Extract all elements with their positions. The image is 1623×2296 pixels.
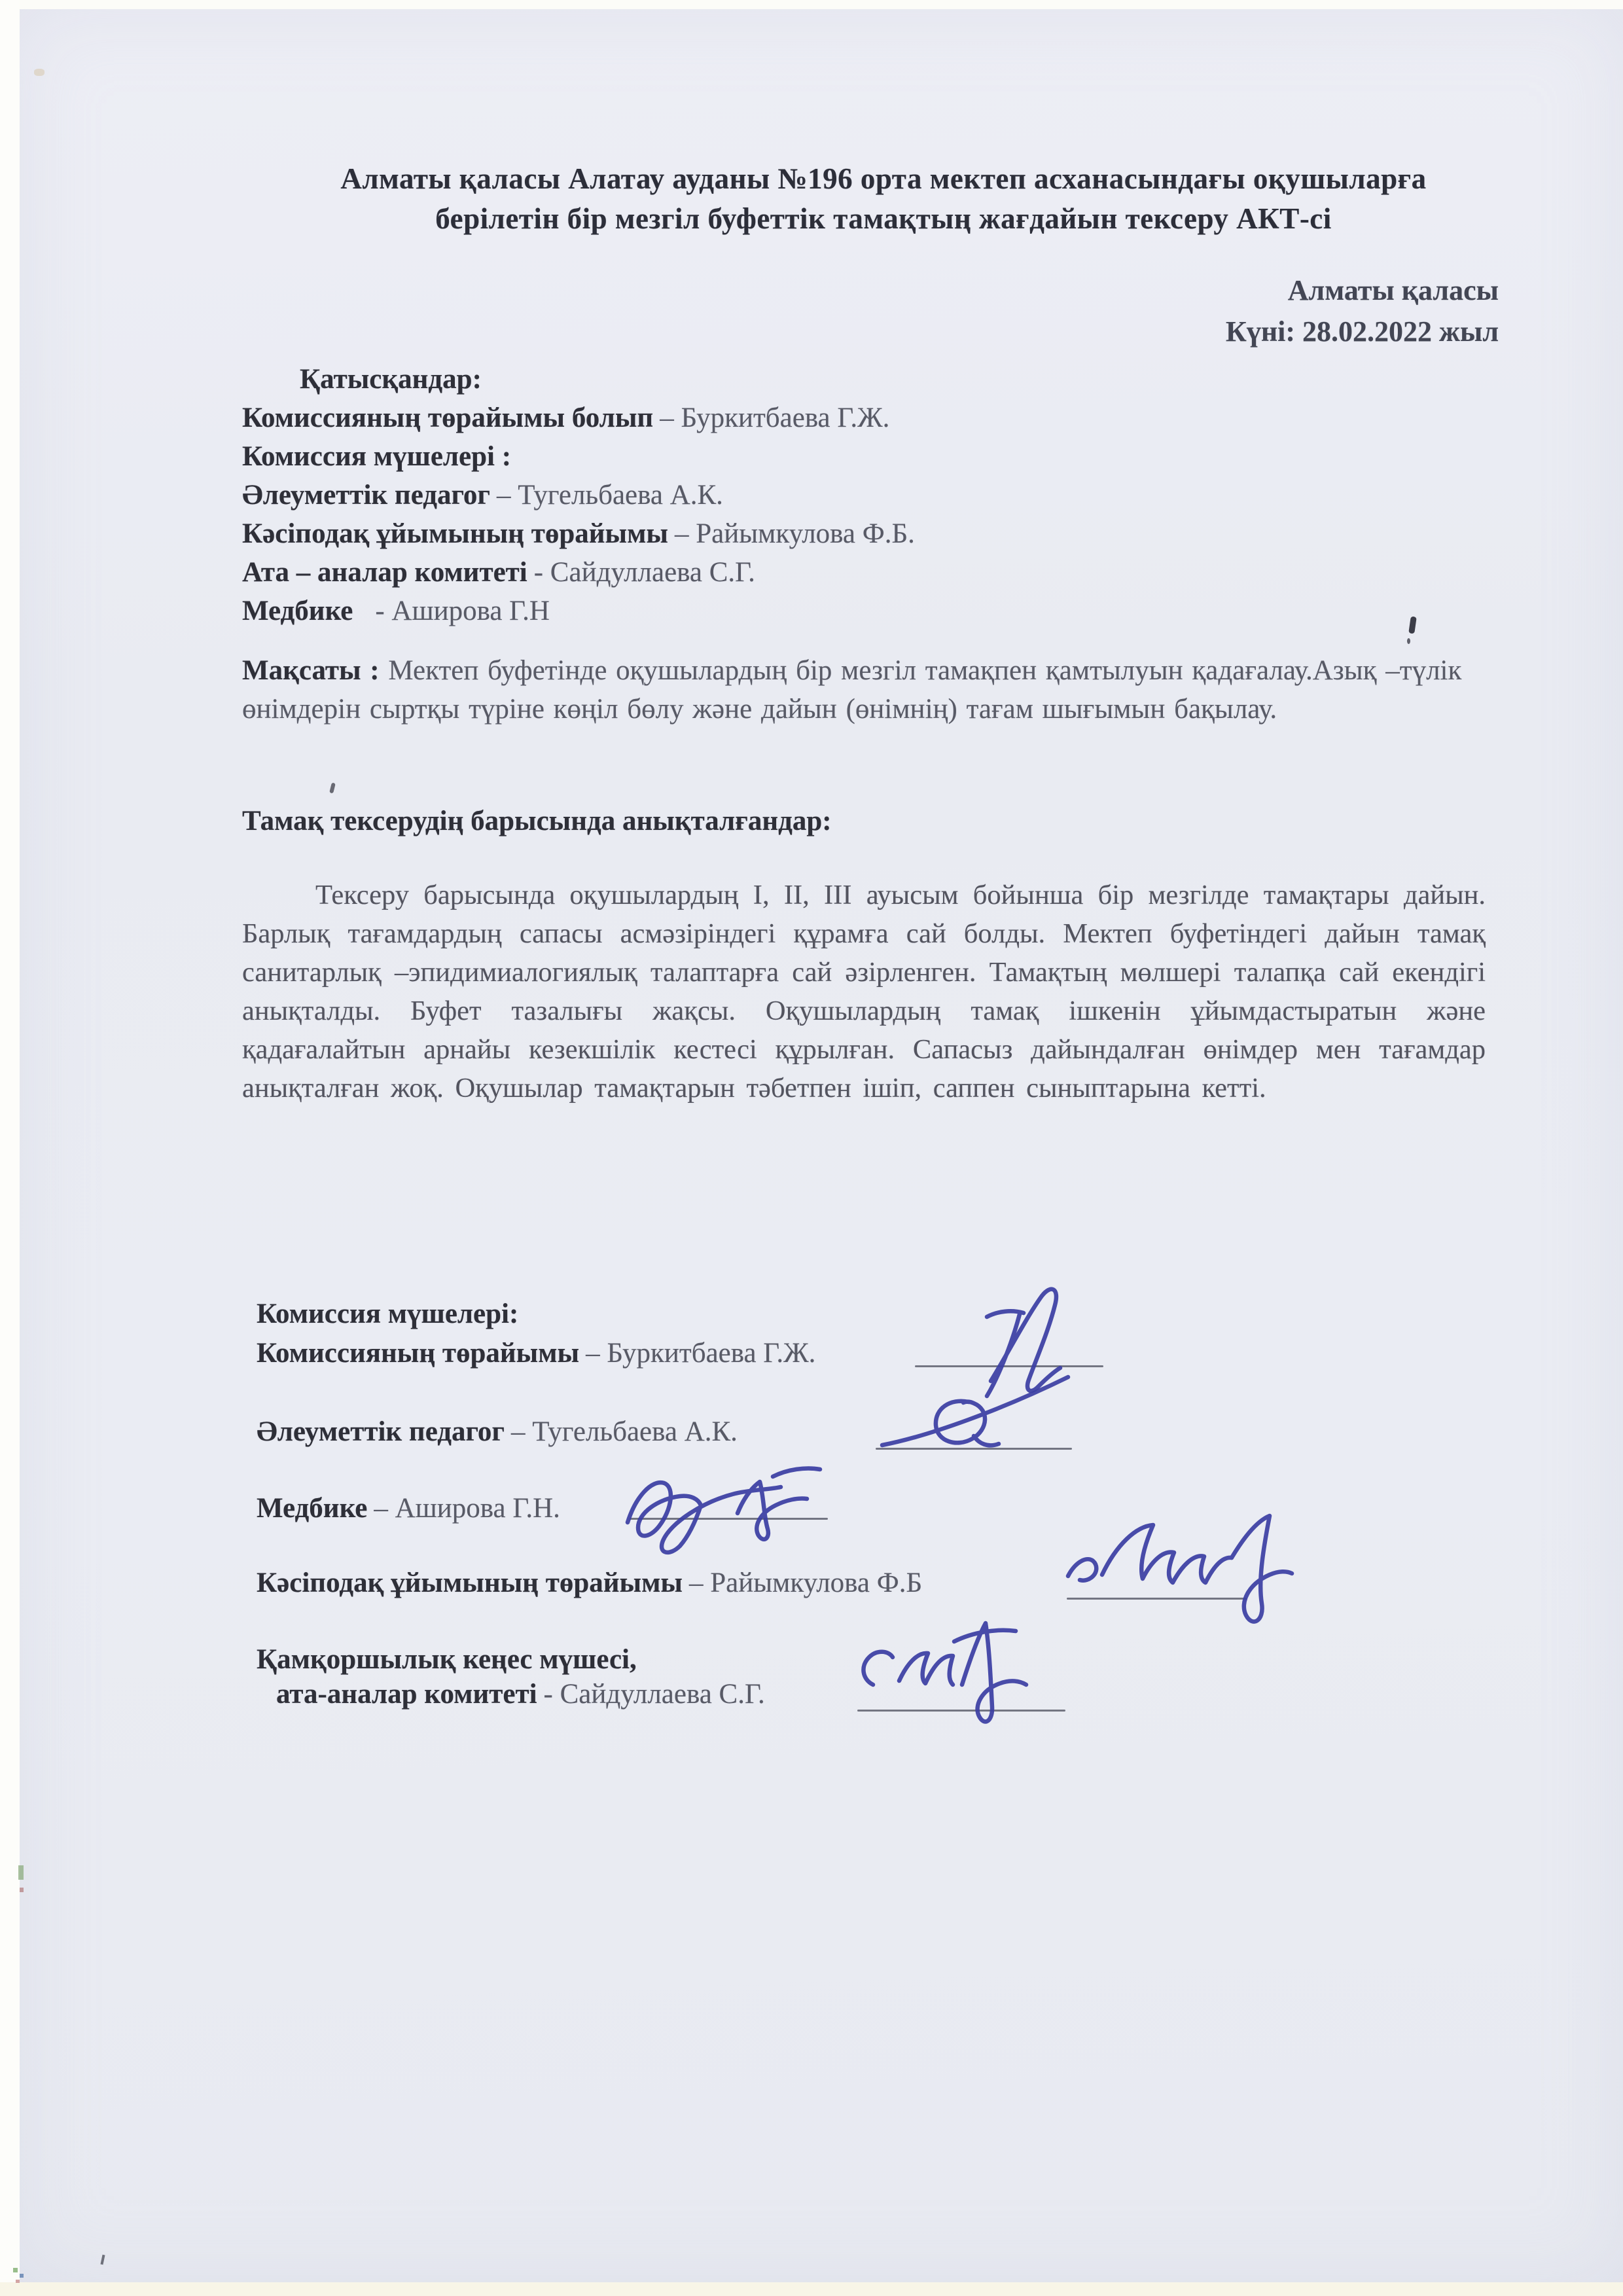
signature-name: – Тугельбаева А.К. xyxy=(511,1416,738,1447)
purpose-label: Мақсаты : xyxy=(242,655,380,686)
corner-noise-artifact xyxy=(20,2274,24,2278)
participant-role: Ата – аналар комитеті xyxy=(242,557,527,588)
title-line-1: Алматы қаласы Алатау ауданы №196 орта ме… xyxy=(262,159,1505,199)
signature-row-union-chairwoman: Кәсіподақ ұйымының төрайымы– Райымкулова… xyxy=(257,1567,922,1599)
scanned-document-page: Алматы қаласы Алатау ауданы №196 орта ме… xyxy=(0,0,1623,2296)
participants-heading: Қатысқандар: xyxy=(242,360,1499,399)
ink-dot-artifact xyxy=(1407,638,1410,644)
purpose-paragraph: Мақсаты : Мектеп буфетінде оқушылардың б… xyxy=(242,652,1489,728)
signatures-heading: Комиссия мүшелері: xyxy=(257,1298,518,1330)
participant-name: - Сайдуллаева С.Г. xyxy=(534,557,755,588)
signature-tugelbaeva xyxy=(870,1368,1080,1466)
participant-row: Медбике- Аширова Г.Н xyxy=(242,592,1499,630)
signature-role: Кәсіподақ ұйымының төрайымы xyxy=(257,1568,683,1598)
signature-name: – Райымкулова Ф.Б xyxy=(689,1568,922,1598)
corner-noise-artifact xyxy=(34,69,45,76)
signature-saidullaeva xyxy=(844,1617,1047,1738)
participant-role: Комиссияның төрайымы болып xyxy=(242,403,653,433)
scanner-left-margin xyxy=(0,0,20,2282)
participants-section: Қатысқандар: Комиссияның төрайымы болып–… xyxy=(242,360,1499,630)
edge-noise-artifact xyxy=(20,1888,24,1892)
signature-row-social-pedagogue: Әлеуметтік педагог– Тугельбаева А.К. xyxy=(257,1416,738,1448)
participant-row: Комиссияның төрайымы болып– Буркитбаева … xyxy=(242,399,1499,437)
scanner-bottom-margin xyxy=(0,2282,1623,2296)
participant-name: – Райымкулова Ф.Б. xyxy=(675,518,915,549)
signature-row-chairwoman: Комиссияның төрайымы– Буркитбаева Г.Ж. xyxy=(257,1337,815,1369)
participant-row: Кәсіподақ ұйымының төрайымы– Райымкулова… xyxy=(242,514,1499,553)
participant-role: Әлеуметтік педагог xyxy=(242,480,490,511)
signature-ashirova xyxy=(612,1458,834,1556)
signature-row-board-member: Қамқоршылық кеңес мүшесі, xyxy=(257,1643,637,1676)
corner-noise-artifact xyxy=(13,2268,18,2272)
participant-role: Кәсіподақ ұйымының төрайымы xyxy=(242,518,668,549)
signature-row-nurse: Медбике– Аширова Г.Н. xyxy=(257,1492,560,1524)
signature-role: Комиссияның төрайымы xyxy=(257,1338,579,1369)
signature-role: Әлеуметтік педагог xyxy=(257,1416,505,1447)
signature-row-parents-committee: ата-аналар комитеті- Сайдуллаева С.Г. xyxy=(276,1678,765,1710)
participant-name: - Аширова Г.Н xyxy=(375,596,550,626)
signature-name: – Аширова Г.Н. xyxy=(374,1493,560,1524)
edge-noise-artifact xyxy=(18,1865,24,1880)
participant-name: – Тугельбаева А.К. xyxy=(497,480,723,511)
meta-date: Күні: 28.02.2022 жыл xyxy=(262,311,1499,352)
participant-row: Комиссия мүшелері : xyxy=(242,437,1499,476)
title-line-2: берілетін бір мезгіл буфеттік тамақтың ж… xyxy=(262,199,1505,239)
signature-role: Медбике xyxy=(257,1493,367,1524)
participant-role: Комиссия мүшелері : xyxy=(242,441,511,472)
participant-name: – Буркитбаева Г.Ж. xyxy=(660,403,889,433)
signature-raiymkulova xyxy=(1054,1512,1302,1633)
participant-role: Медбике xyxy=(242,596,353,626)
signature-name: - Сайдуллаева С.Г. xyxy=(544,1679,765,1710)
meta-block: Алматы қаласы Күні: 28.02.2022 жыл xyxy=(262,270,1499,352)
document-title: Алматы қаласы Алатау ауданы №196 орта ме… xyxy=(262,159,1505,239)
signature-role: ата-аналар комитеті xyxy=(276,1679,537,1710)
findings-heading: Тамақ тексерудің барысында анықталғандар… xyxy=(242,805,832,837)
purpose-text: Мектеп буфетінде оқушылардың бір мезгіл … xyxy=(242,655,1461,725)
participant-row: Әлеуметтік педагог– Тугельбаева А.К. xyxy=(242,476,1499,514)
signature-name: – Буркитбаева Г.Ж. xyxy=(586,1338,815,1369)
corner-noise-artifact xyxy=(16,2280,20,2283)
participant-row: Ата – аналар комитеті- Сайдуллаева С.Г. xyxy=(242,553,1499,592)
findings-paragraph: Тексеру барысында оқушылардың I, II, III… xyxy=(242,876,1486,1107)
meta-city: Алматы қаласы xyxy=(262,270,1499,311)
